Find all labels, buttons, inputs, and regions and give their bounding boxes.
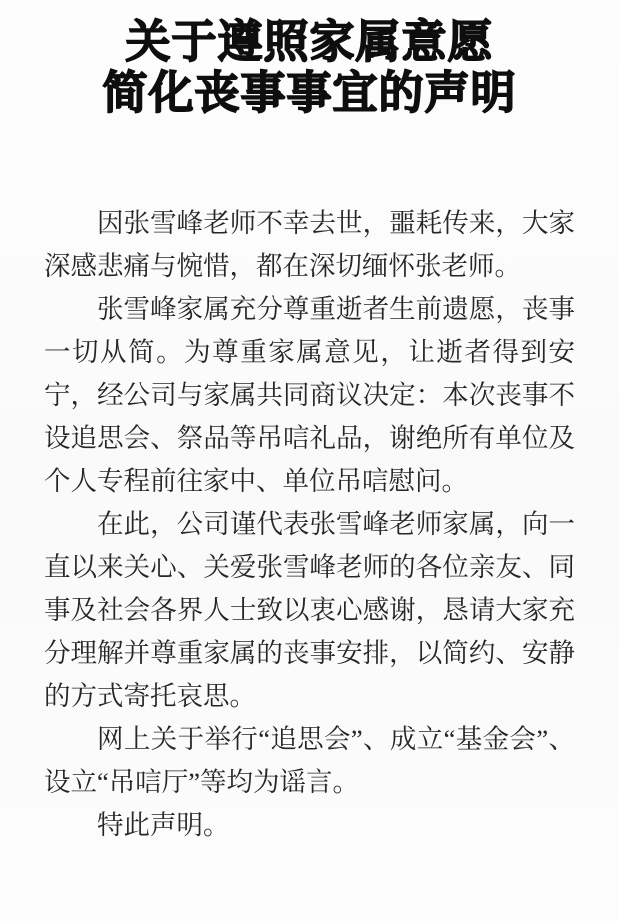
- paragraph-family-decision: 张雪峰家属充分尊重逝者生前遗愿，丧事一切从简。为尊重家属意见，让逝者得到安宁，经…: [44, 288, 575, 503]
- title-line-2: 简化丧事事宜的声明: [0, 67, 619, 118]
- paragraph-condolence: 因张雪峰老师不幸去世，噩耗传来，大家深感悲痛与惋惜，都在深切缅怀张老师。: [44, 202, 575, 288]
- statement-body: 因张雪峰老师不幸去世，噩耗传来，大家深感悲痛与惋惜，都在深切缅怀张老师。 张雪峰…: [0, 202, 619, 847]
- statement-document: 关于遵照家属意愿 简化丧事事宜的声明 因张雪峰老师不幸去世，噩耗传来，大家深感悲…: [0, 0, 619, 921]
- paragraph-thanks: 在此，公司谨代表张雪峰老师家属，向一直以来关心、关爱张雪峰老师的各位亲友、同事及…: [44, 503, 575, 718]
- title-line-1: 关于遵照家属意愿: [0, 16, 619, 67]
- page-title: 关于遵照家属意愿 简化丧事事宜的声明: [0, 16, 619, 118]
- paragraph-rumor-denial: 网上关于举行“追思会”、成立“基金会”、设立“吊唁厅”等均为谣言。: [44, 718, 575, 804]
- paragraph-closing: 特此声明。: [44, 804, 575, 847]
